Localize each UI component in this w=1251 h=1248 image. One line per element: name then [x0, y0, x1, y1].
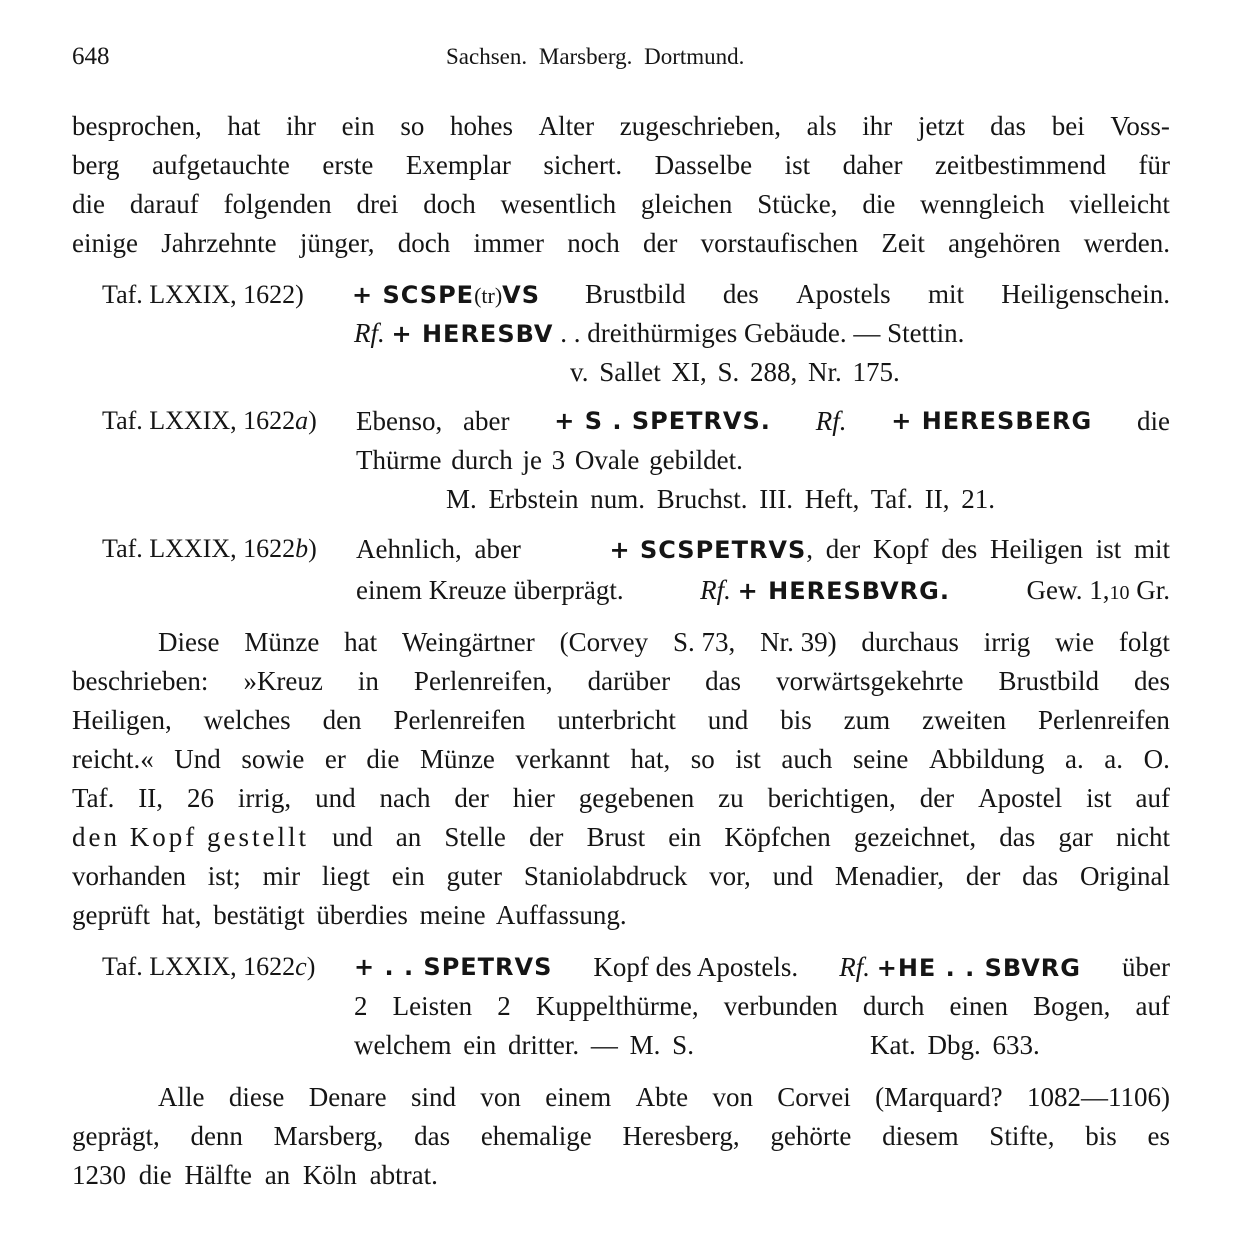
reverse-legend: + HERESBV [392, 320, 554, 348]
word: guter [447, 858, 502, 894]
word: Weingärtner [402, 624, 535, 660]
word: ist [785, 147, 811, 183]
entry-line: + . . SPETRVS Kopf des Apostels. Rf. +HE… [354, 949, 1170, 986]
text-line: geprüft hat, bestätigt überdies meine Au… [72, 897, 627, 933]
obverse-description: BrustbilddesApostelsmitHeiligenschein. [585, 276, 1170, 314]
word: nach [380, 780, 431, 816]
word: zu [718, 780, 743, 816]
word: wesentlich [501, 186, 616, 222]
word: (Marquard? [875, 1079, 1002, 1115]
word: Und [174, 741, 221, 777]
entry-text: einem Kreuze überprägt. [356, 572, 624, 611]
plate-reference: Taf. LXXIX, 1622b) [102, 531, 317, 567]
text-line: Taf.II,26irrig,undnachderhiergegebenenzu… [72, 780, 1170, 816]
word: hohes [450, 108, 513, 144]
word: Stücke, [757, 186, 837, 222]
text-line: reicht.«UndsowieerdieMünzeverkannthat,so… [72, 741, 1170, 777]
word: Heiligenschein. [1001, 276, 1170, 314]
word: 2 [497, 988, 511, 1024]
word: berg [72, 147, 120, 183]
word: doch [398, 225, 450, 261]
weight: Gew. 1,10 Gr. [1027, 572, 1170, 611]
entry-line: + SCSPE(tr)VS BrustbilddesApostelsmitHei… [352, 276, 1170, 314]
word: und [332, 819, 373, 855]
obverse-legend-group: + SCSPETRVS, der Kopf des Heiligen ist m… [610, 531, 1171, 568]
word: mit [928, 276, 964, 314]
word: auf [1136, 988, 1170, 1024]
word: Exemplar [406, 147, 511, 183]
text-line: 1230 die Hälfte an Köln abtrat. [72, 1157, 438, 1193]
word: ist; [208, 858, 241, 894]
word: ein [342, 108, 375, 144]
word: aufgetauchte [152, 147, 290, 183]
word: Original [1080, 858, 1170, 894]
obverse-legend: + . . SPETRVS [354, 949, 552, 986]
word: Münze [244, 624, 319, 660]
page-number: 648 [72, 40, 110, 74]
word: ist [1086, 780, 1112, 816]
word: unterbricht [557, 702, 675, 738]
word: diese [229, 1079, 284, 1115]
word: des [723, 276, 759, 314]
word: an [396, 819, 421, 855]
word: Nr. 39) [760, 624, 837, 660]
word: Perlenreifen, [414, 663, 553, 699]
entry-line: Rf. + HERESBV . . dreithürmiges Gebäude.… [354, 315, 964, 352]
word: die [72, 186, 105, 222]
word: das [999, 819, 1035, 855]
word: einem [545, 1079, 611, 1115]
word: vorstaufischen [701, 225, 858, 261]
word: der [529, 819, 563, 855]
word: Abte [636, 1079, 688, 1115]
word: Brustbild [585, 276, 686, 314]
word: der [920, 780, 954, 816]
word: hat [344, 624, 377, 660]
word: er [325, 741, 346, 777]
word: die [366, 741, 399, 777]
word: Stifte, [989, 1118, 1054, 1154]
word: Staniolabdruck [524, 858, 687, 894]
word: werden. [1084, 225, 1170, 261]
word: es [1148, 1118, 1171, 1154]
obverse-legend: + SCSPE(tr)VS [352, 276, 540, 314]
entry-text: die [1137, 403, 1170, 439]
text-line: bergaufgetauchteersteExemplarsichert.Das… [72, 147, 1170, 183]
reverse-legend: + HERESBERG [891, 403, 1092, 439]
word: II, [138, 780, 163, 816]
word: bis [1085, 1118, 1117, 1154]
word: von [712, 1079, 753, 1115]
reverse-abbrev: Rf. [354, 318, 385, 348]
reverse-group: Rf. + HERESBVRG. [700, 572, 950, 611]
word: Diese [158, 624, 219, 660]
entry-line: Ebenso, aber + S . SPETRVS. Rf. + HERESB… [356, 403, 1170, 439]
entry-line: 2Leisten2Kuppelthürme,verbundendurcheine… [354, 988, 1170, 1024]
word: Heiligen, [72, 702, 172, 738]
word: Heresberg, [622, 1118, 739, 1154]
word: gehörte [770, 1118, 851, 1154]
word: bis [780, 702, 812, 738]
word: sichert. [543, 147, 622, 183]
entry-text: Aehnlich, aber [356, 531, 521, 568]
obverse-description: Kopf des Apostels. [593, 949, 798, 986]
text-line: diedarauffolgendendreidochwesentlichglei… [72, 186, 1170, 222]
text-line: geprägt,dennMarsberg,dasehemaligeHeresbe… [72, 1118, 1170, 1154]
word: verbunden [724, 988, 838, 1024]
word: Bogen, [1033, 988, 1110, 1024]
entry-line: Aehnlich, aber + SCSPETRVS, der Kopf des… [356, 531, 1170, 568]
entry-text: Ebenso, aber [356, 403, 509, 439]
text-line: vorhandenist;mirliegteinguterStaniolabdr… [72, 858, 1170, 894]
word: auch [781, 741, 832, 777]
plate-reference: Taf. LXXIX, 1622a) [102, 403, 317, 439]
word: gar [1058, 819, 1092, 855]
word: den [323, 702, 362, 738]
word: als [807, 108, 837, 144]
word: besprochen, [72, 108, 202, 144]
word: Corvei [777, 1079, 851, 1115]
word: und [773, 858, 814, 894]
entry-text: über [1122, 949, 1170, 986]
word: 26 [187, 780, 214, 816]
word: hat [227, 108, 260, 144]
word: mir [263, 858, 301, 894]
word: den Kopf gestellt [72, 819, 309, 855]
word: folgt [1119, 624, 1170, 660]
reverse-description: . . dreithürmiges Gebäude. — Stettin. [560, 318, 964, 348]
word: zugeschrieben, [620, 108, 781, 144]
running-title: Sachsen. Marsberg. Dortmund. [446, 40, 744, 74]
word: der [643, 225, 677, 261]
word: Perlenreifen [1038, 702, 1170, 738]
word: liegt [322, 858, 370, 894]
word: Alter [539, 108, 594, 144]
word: Leisten [393, 988, 472, 1024]
word: Dasselbe [655, 147, 752, 183]
text-line: besprochen,hatihreinsohohesAlterzugeschr… [72, 108, 1170, 144]
entry-line: einem Kreuze überprägt. Rf. + HERESBVRG.… [356, 572, 1170, 611]
word: diesem [882, 1118, 958, 1154]
word: berichtigen, [768, 780, 896, 816]
word: wenngleich [920, 186, 1044, 222]
word: Apostel [978, 780, 1062, 816]
word: das [990, 108, 1026, 144]
word: vorhanden [72, 858, 186, 894]
word: Marsberg, [274, 1118, 384, 1154]
word: denn [190, 1118, 242, 1154]
word: Kuppelthürme, [536, 988, 699, 1024]
word: darauf [130, 186, 199, 222]
word: das [705, 663, 741, 699]
word: einen [950, 988, 1008, 1024]
word: der [454, 780, 488, 816]
word: (Corvey [560, 624, 648, 660]
word: hier [513, 780, 555, 816]
text-line: beschrieben:»KreuzinPerlenreifen,darüber… [72, 663, 1170, 699]
word: ein [392, 858, 425, 894]
word: Taf. [72, 780, 114, 816]
word: irrig, [238, 780, 291, 816]
word: nicht [1116, 819, 1170, 855]
word: seine [853, 741, 908, 777]
word: Alle [158, 1079, 205, 1115]
word: wie [1055, 624, 1094, 660]
word: sowie [241, 741, 304, 777]
word: Jahrzehnte [161, 225, 276, 261]
word: jünger, [300, 225, 375, 261]
word: irrig [984, 624, 1031, 660]
word: in [358, 663, 379, 699]
word: Brustbild [998, 663, 1099, 699]
text-line: DieseMünzehatWeingärtner(CorveyS. 73,Nr.… [158, 624, 1170, 660]
text-line: Heiligen,welchesdenPerlenreifenunterbric… [72, 702, 1170, 738]
word: hat, [630, 741, 670, 777]
word: drei [356, 186, 398, 222]
word: noch [567, 225, 619, 261]
obverse-legend: + S . SPETRVS. [554, 403, 771, 439]
text-line: einigeJahrzehntejünger,dochimmernochderv… [72, 225, 1170, 261]
word: Voss- [1110, 108, 1170, 144]
word: des [1134, 663, 1170, 699]
word: gleichen [641, 186, 732, 222]
word: ehemalige [481, 1118, 592, 1154]
entry-line: welchem ein dritter. — M. S. [354, 1027, 694, 1063]
word: geprägt, [72, 1118, 160, 1154]
word: einige [72, 225, 138, 261]
word: reicht.« [72, 741, 154, 777]
word: darüber [588, 663, 670, 699]
reverse-group: Rf. +HE . . SBVRG [839, 949, 1081, 986]
plate-reference: Taf. LXXIX, 1622) [102, 277, 304, 313]
word: die [862, 186, 895, 222]
bibliographic-reference: Kat. Dbg. 633. [870, 1027, 1040, 1063]
word: Zeit [881, 225, 924, 261]
word: 1082—1106) [1027, 1079, 1170, 1115]
word: und [315, 780, 356, 816]
word: durch [863, 988, 924, 1024]
word: Abbildung [929, 741, 1045, 777]
word: Köpfchen [724, 819, 830, 855]
word: welches [204, 702, 291, 738]
word: a. [1104, 741, 1123, 777]
word: folgenden [224, 186, 332, 222]
word: das [414, 1118, 450, 1154]
word: bei [1052, 108, 1085, 144]
word: ein [668, 819, 701, 855]
word: Menadier, [835, 858, 944, 894]
word: sind [411, 1079, 456, 1115]
word: ihr [286, 108, 316, 144]
word: Stelle [444, 819, 506, 855]
word: doch [423, 186, 475, 222]
word: und [708, 702, 749, 738]
word: erste [322, 147, 373, 183]
word: so [400, 108, 424, 144]
word: jetzt [918, 108, 964, 144]
word: Brust [587, 819, 646, 855]
plate-reference: Taf. LXXIX, 1622c) [102, 949, 315, 985]
text-line: AlledieseDenaresindvoneinemAbtevonCorvei… [158, 1079, 1170, 1115]
word: ist [735, 741, 761, 777]
word: gegebenen [579, 780, 694, 816]
word: gezeichnet, [854, 819, 976, 855]
word: a. [1065, 741, 1084, 777]
word: angehören [948, 225, 1060, 261]
word: von [480, 1079, 521, 1115]
word: für [1139, 147, 1170, 183]
word: so [691, 741, 715, 777]
word: verkannt [515, 741, 609, 777]
word: zeitbestimmend [935, 147, 1106, 183]
word: immer [474, 225, 544, 261]
word: vielleicht [1069, 186, 1169, 222]
word: 2 [354, 988, 368, 1024]
word: zum [844, 702, 891, 738]
bibliographic-reference: v. Sallet XI, S. 288, Nr. 175. [570, 354, 900, 390]
word: zweiten [922, 702, 1006, 738]
word: Perlenreifen [394, 702, 526, 738]
word: das [1022, 858, 1058, 894]
word: S. 73, [673, 624, 735, 660]
word: beschrieben: [72, 663, 208, 699]
word: »Kreuz [243, 663, 322, 699]
word: O. [1144, 741, 1170, 777]
word: Apostels [796, 276, 891, 314]
word: durchaus [861, 624, 958, 660]
word: daher [843, 147, 903, 183]
bibliographic-reference: M. Erbstein num. Bruchst. III. Heft, Taf… [446, 481, 995, 517]
word: vorwärtsgekehrte [776, 663, 963, 699]
entry-line: Thürme durch je 3 Ovale gebildet. [356, 442, 743, 478]
word: vor, [709, 858, 751, 894]
word: der [966, 858, 1000, 894]
word: ihr [862, 108, 892, 144]
word: Denare [309, 1079, 387, 1115]
word: auf [1136, 780, 1170, 816]
text-line: den Kopf gestelltundanStellederBrusteinK… [72, 819, 1170, 855]
document-page: 648 Sachsen. Marsberg. Dortmund. besproc… [0, 0, 1251, 1248]
word: Münze [420, 741, 495, 777]
reverse-abbrev: Rf. [816, 403, 847, 439]
